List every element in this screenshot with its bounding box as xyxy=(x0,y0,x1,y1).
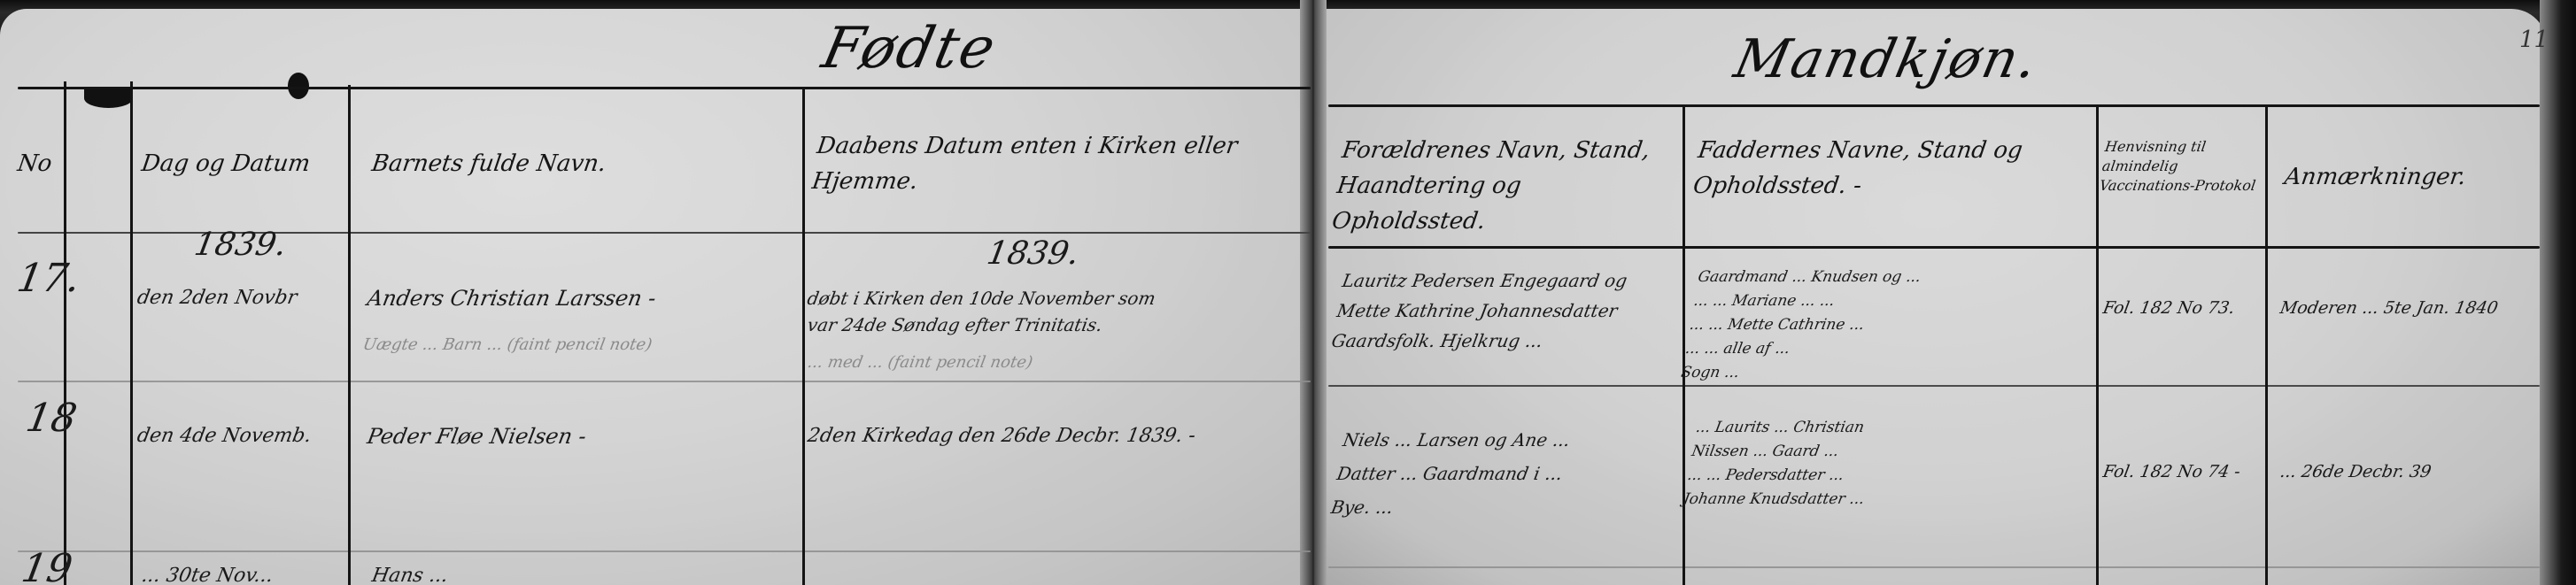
page-edge-right xyxy=(2540,0,2576,585)
column-rule xyxy=(2096,104,2099,585)
godparents-line: Gaardmand ... Knudsen og ... xyxy=(1696,266,1922,289)
entry-remarks: ... 26de Decbr. 39 xyxy=(2278,458,2433,485)
parents-line: Bye. ... xyxy=(1328,490,1561,524)
entry-godparents: Gaardmand ... Knudsen og ... ... ... Mar… xyxy=(1679,266,1922,385)
column-rule xyxy=(2265,104,2268,585)
godparents-line: ... Laurits ... Christian xyxy=(1694,416,1879,440)
row-separator xyxy=(1328,385,2540,387)
header-top-rule-right xyxy=(1328,104,2540,107)
godparents-line: Nilssen ... Gaard ... xyxy=(1690,440,1875,464)
left-page-title: Fødte xyxy=(816,16,1002,81)
godparents-line: ... ... alle af ... xyxy=(1683,337,1910,361)
entry-day-date: den 4de Novemb. xyxy=(135,423,313,450)
column-rule xyxy=(348,85,351,585)
right-page-title: Mandkjøn. xyxy=(1729,28,2045,90)
entry-remarks: Moderen ... 5te Jan. 1840 xyxy=(2278,295,2500,321)
entry-number: 17. xyxy=(15,266,81,292)
parents-line: Mette Kathrine Johannesdatter xyxy=(1334,296,1624,326)
header-bottom-rule-right xyxy=(1328,246,2540,249)
row-separator xyxy=(18,381,1311,382)
entry-vaccination: Fol. 182 No 73. xyxy=(2100,295,2237,321)
entry-godparents: ... Laurits ... Christian Nilssen ... Ga… xyxy=(1681,416,1878,512)
godparents-line: ... ... Mette Cathrine ... xyxy=(1688,313,1915,337)
page-number: 11 xyxy=(2519,27,2549,53)
entry-baptism: 2den Kirkedag den 26de Decbr. 1839. - xyxy=(805,423,1197,450)
parents-line: Lauritz Pedersen Engegaard og xyxy=(1340,266,1629,296)
row-separator xyxy=(18,550,1311,552)
column-header-vaccination: Henvisning til almindelig Vaccinations-P… xyxy=(2098,137,2265,196)
parents-line: Datter ... Gaardmand i ... xyxy=(1334,457,1567,490)
column-header-parents: Forældrenes Navn, Stand, Haandtering og … xyxy=(1330,133,1682,239)
entry-child-name-note: Uægte ... Barn ... (faint pencil note) xyxy=(360,332,654,358)
column-rule xyxy=(64,81,66,585)
entry-parents: Lauritz Pedersen Engegaard og Mette Kath… xyxy=(1329,266,1629,356)
godparents-line: ... ... Mariane ... ... xyxy=(1691,289,1918,313)
header-top-rule xyxy=(18,87,1311,89)
column-rule xyxy=(1683,104,1685,585)
entry-day-date: den 2den Novbr xyxy=(135,285,298,312)
entry-day-date: ... 30te Nov... xyxy=(139,563,275,585)
row-separator xyxy=(1328,566,2540,568)
godparents-line: ... ... Pedersdatter ... xyxy=(1685,464,1870,488)
column-header-day-date: Dag og Datum xyxy=(139,146,313,181)
parents-line: Gaardsfolk. Hjelkrug ... xyxy=(1329,326,1619,356)
godparents-line: Johanne Knudsdatter ... xyxy=(1681,488,1866,512)
entry-year-note: 1839. xyxy=(192,232,288,258)
entry-parents: Niels ... Larsen og Ane ... Datter ... G… xyxy=(1328,423,1573,524)
godparents-line: Sogn ... xyxy=(1679,361,1906,385)
entry-child-name: Peder Fløe Nielsen - xyxy=(365,423,588,450)
ink-blot xyxy=(84,89,133,108)
entry-vaccination: Fol. 182 No 74 - xyxy=(2100,458,2242,485)
register-spread: Fødte Mandkjøn. 11 No Dag og Datum Barne… xyxy=(0,0,2576,585)
entry-baptism-note: ... med ... (faint pencil note) xyxy=(805,350,1034,376)
column-header-godparents: Faddernes Navne, Stand og Opholdssted. - xyxy=(1690,133,2090,204)
column-rule xyxy=(802,87,805,585)
column-header-no: No xyxy=(15,146,54,181)
entry-child-name: Hans ... xyxy=(369,563,450,585)
column-header-remarks: Anmærkninger. xyxy=(2282,159,2468,195)
parents-line: Niels ... Larsen og Ane ... xyxy=(1340,423,1573,457)
entry-baptism: døbt i Kirken den 10de November som xyxy=(805,285,1157,312)
column-rule xyxy=(130,81,133,585)
entry-number: 18 xyxy=(24,405,78,432)
column-header-baptism: Daabens Datum enten i Kirken eller Hjemm… xyxy=(809,128,1280,199)
column-header-child-name: Barnets fulde Navn. xyxy=(369,146,608,181)
entry-number: 19 xyxy=(19,556,73,582)
entry-baptism-year: 1839. xyxy=(985,241,1080,267)
entry-child-name: Anders Christian Larssen - xyxy=(365,285,658,312)
ink-blot xyxy=(288,73,309,99)
entry-baptism-line2: var 24de Søndag efter Trinitatis. xyxy=(805,312,1104,338)
